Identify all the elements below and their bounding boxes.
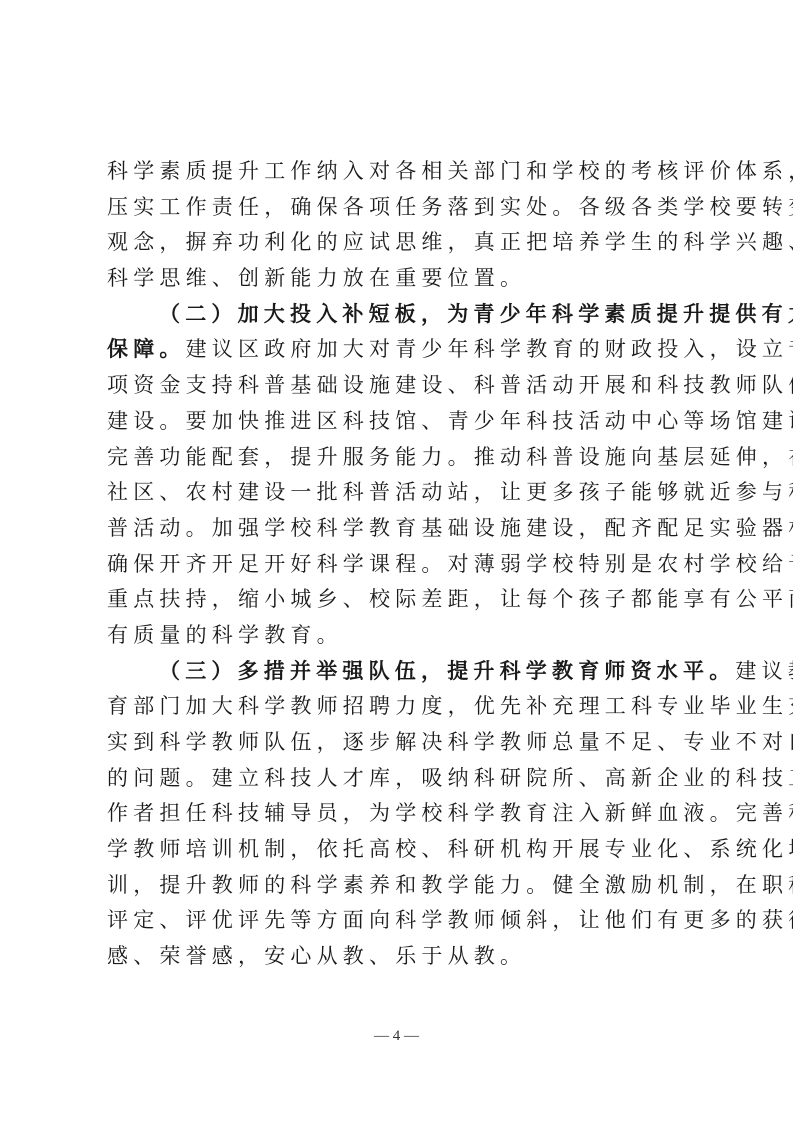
body-text-run: 有质量的科学教育。 [107, 623, 343, 647]
document-page: 科学素质提升工作纳入对各相关部门和学校的考核评价体系，压实工作责任，确保各项任务… [0, 0, 793, 1122]
text-line: 社区、农村建设一批科普活动站，让更多孩子能够就近参与科 [107, 475, 687, 511]
text-line: （二）加大投入补短板，为青少年科学素质提升提供有力 [107, 297, 687, 333]
body-text-run: 确保开齐开足开好科学课程。对薄弱学校特别是农村学校给予 [107, 552, 793, 576]
text-line: 育部门加大科学教师招聘力度，优先补充理工科专业毕业生充 [107, 689, 687, 725]
text-line: 压实工作责任，确保各项任务落到实处。各级各类学校要转变 [107, 190, 687, 226]
body-text-run: 评定、评优评先等方面向科学教师倾斜，让他们有更多的获得 [107, 908, 793, 932]
section-heading-text: （二）加大投入补短板，为青少年科学素质提升提供有力 [159, 302, 793, 326]
body-text-run: 科学思维、创新能力放在重要位置。 [107, 266, 526, 290]
text-line: 实到科学教师队伍，逐步解决科学教师总量不足、专业不对口 [107, 725, 687, 761]
text-line: 观念，摒弃功利化的应试思维，真正把培养学生的科学兴趣、 [107, 225, 687, 261]
text-line: 重点扶持，缩小城乡、校际差距，让每个孩子都能享有公平而 [107, 582, 687, 618]
body-text-run: 完善功能配套，提升服务能力。推动科普设施向基层延伸，在 [107, 445, 793, 469]
text-line: 完善功能配套，提升服务能力。推动科普设施向基层延伸，在 [107, 440, 687, 476]
section-heading-text: 保障。 [107, 337, 186, 361]
body-text-run: 建设。要加快推进区科技馆、青少年科技活动中心等场馆建设， [107, 409, 793, 433]
body-text-run: 作者担任科技辅导员，为学校科学教育注入新鲜血液。完善科 [107, 801, 793, 825]
text-line: 学教师培训机制，依托高校、科研机构开展专业化、系统化培 [107, 832, 687, 868]
text-line: 训，提升教师的科学素养和教学能力。健全激励机制，在职称 [107, 868, 687, 904]
body-text-run: 社区、农村建设一批科普活动站，让更多孩子能够就近参与科 [107, 480, 793, 504]
text-line: （三）多措并举强队伍，提升科学教育师资水平。建议教 [107, 654, 687, 690]
text-line: 科学思维、创新能力放在重要位置。 [107, 261, 687, 297]
body-text-run: 育部门加大科学教师招聘力度，优先补充理工科专业毕业生充 [107, 694, 793, 718]
body-text-run: 压实工作责任，确保各项任务落到实处。各级各类学校要转变 [107, 195, 793, 219]
text-line: 建设。要加快推进区科技馆、青少年科技活动中心等场馆建设， [107, 404, 687, 440]
body-text-run: 实到科学教师队伍，逐步解决科学教师总量不足、专业不对口 [107, 730, 793, 754]
body-text-run: 观念，摒弃功利化的应试思维，真正把培养学生的科学兴趣、 [107, 230, 793, 254]
text-line: 科学素质提升工作纳入对各相关部门和学校的考核评价体系， [107, 154, 687, 190]
body-text: 科学素质提升工作纳入对各相关部门和学校的考核评价体系，压实工作责任，确保各项任务… [107, 154, 687, 975]
section-heading-text: （三）多措并举强队伍，提升科学教育师资水平。 [159, 659, 735, 683]
body-text-run: 普活动。加强学校科学教育基础设施建设，配齐配足实验器材， [107, 516, 793, 540]
text-line: 确保开齐开足开好科学课程。对薄弱学校特别是农村学校给予 [107, 547, 687, 583]
body-text-run: 重点扶持，缩小城乡、校际差距，让每个孩子都能享有公平而 [107, 587, 793, 611]
text-line: 评定、评优评先等方面向科学教师倾斜，让他们有更多的获得 [107, 903, 687, 939]
body-text-run: 训，提升教师的科学素养和教学能力。健全激励机制，在职称 [107, 873, 793, 897]
text-line: 感、荣誉感，安心从教、乐于从教。 [107, 939, 687, 975]
body-text-run: 的问题。建立科技人才库，吸纳科研院所、高新企业的科技工 [107, 766, 793, 790]
text-line: 保障。建议区政府加大对青少年科学教育的财政投入，设立专 [107, 332, 687, 368]
body-text-run: 感、荣誉感，安心从教、乐于从教。 [107, 944, 526, 968]
text-line: 的问题。建立科技人才库，吸纳科研院所、高新企业的科技工 [107, 761, 687, 797]
text-line: 作者担任科技辅导员，为学校科学教育注入新鲜血液。完善科 [107, 796, 687, 832]
text-line: 项资金支持科普基础设施建设、科普活动开展和科技教师队伍 [107, 368, 687, 404]
body-text-run: 学教师培训机制，依托高校、科研机构开展专业化、系统化培 [107, 837, 793, 861]
body-text-run: 建议区政府加大对青少年科学教育的财政投入，设立专 [186, 337, 793, 361]
text-line: 有质量的科学教育。 [107, 618, 687, 654]
body-text-run: 项资金支持科普基础设施建设、科普活动开展和科技教师队伍 [107, 373, 793, 397]
text-line: 普活动。加强学校科学教育基础设施建设，配齐配足实验器材， [107, 511, 687, 547]
page-number: — 4 — [0, 1028, 793, 1045]
body-text-run: 建议教 [735, 659, 793, 683]
body-text-run: 科学素质提升工作纳入对各相关部门和学校的考核评价体系， [107, 159, 793, 183]
